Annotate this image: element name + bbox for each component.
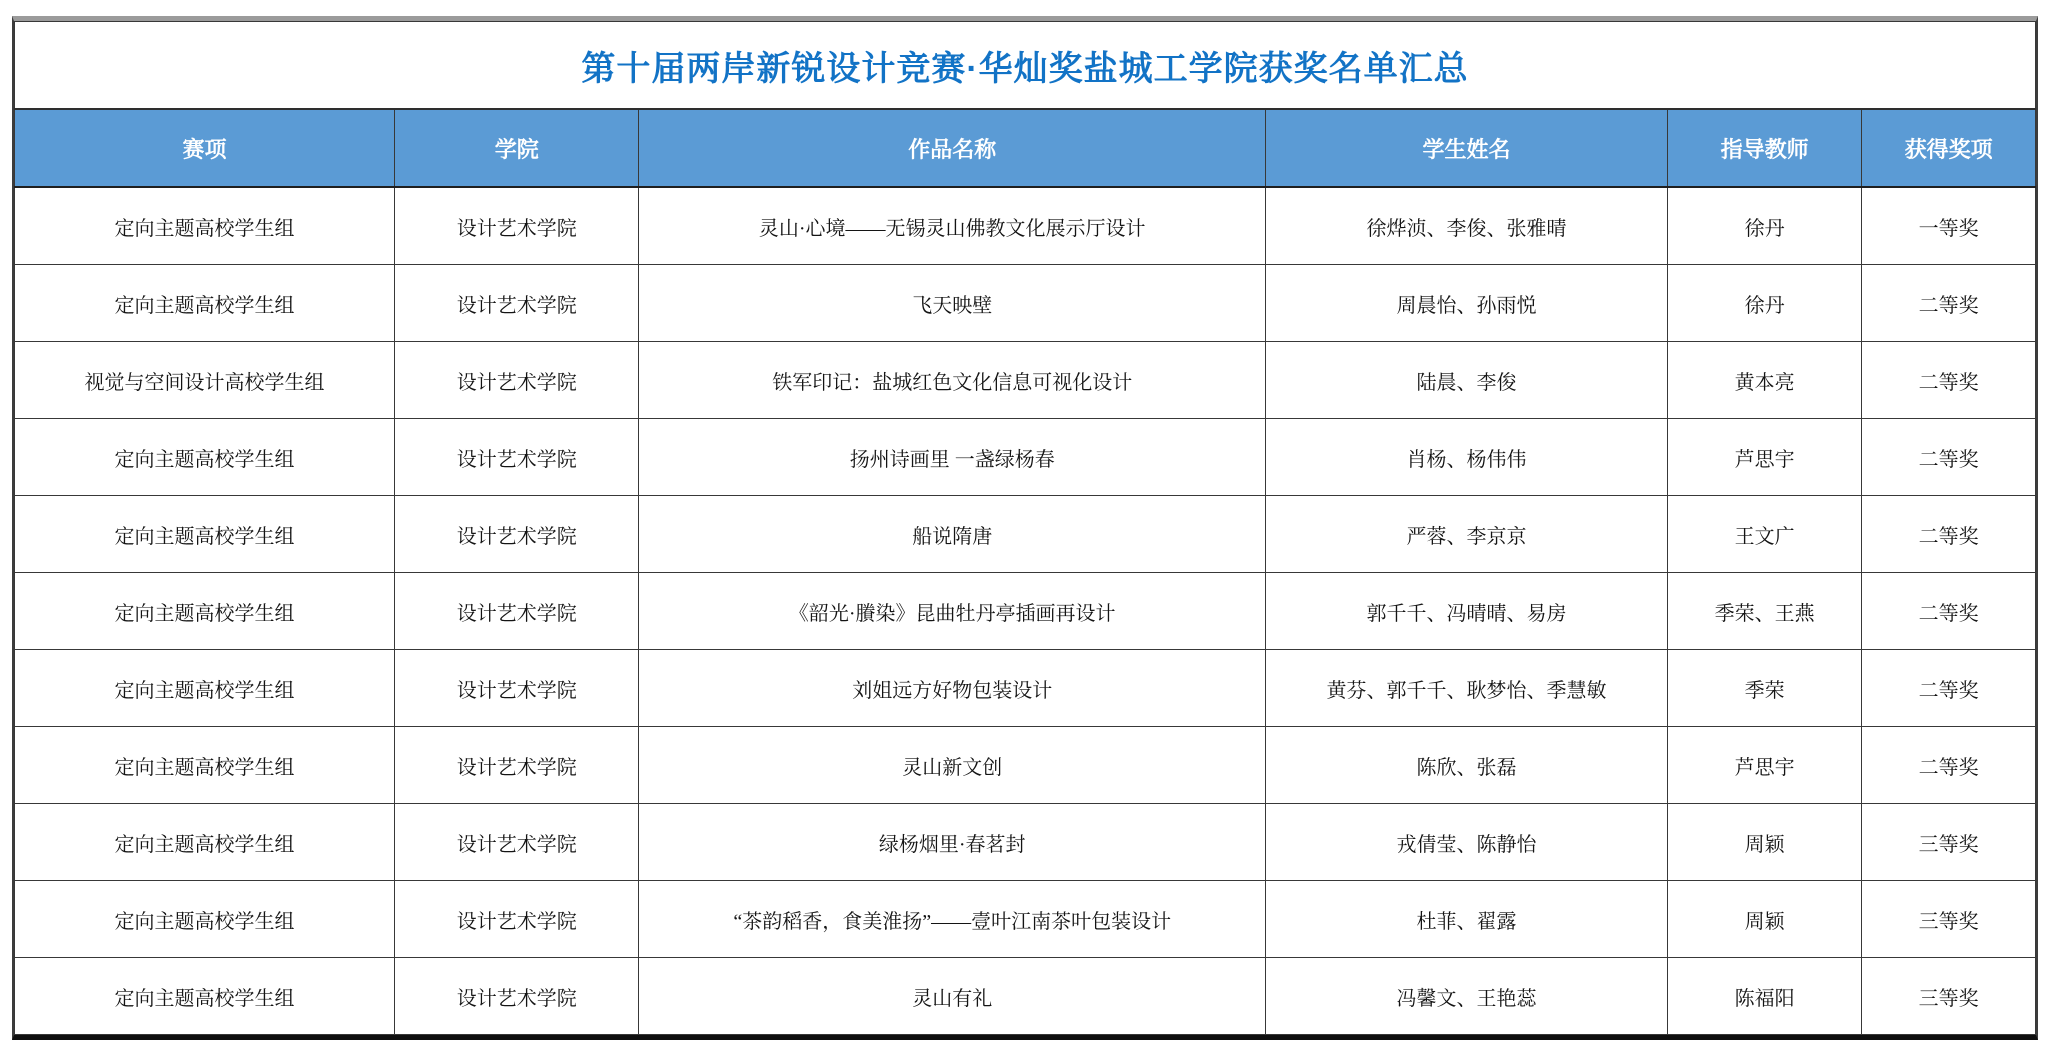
table-row: 定向主题高校学生组 设计艺术学院 灵山·心境——无锡灵山佛教文化展示厅设计 徐烨… xyxy=(15,187,2036,265)
awards-table-container: 第十届两岸新锐设计竞赛·华灿奖盐城工学院获奖名单汇总 赛项 学院 作品名称 学生… xyxy=(12,16,2038,1040)
table-row: 定向主题高校学生组 设计艺术学院 飞天映壁 周晨怡、孙雨悦 徐丹 二等奖 xyxy=(15,265,2036,342)
cell-students: 周晨怡、孙雨悦 xyxy=(1265,265,1667,342)
cell-award: 三等奖 xyxy=(1862,958,2036,1035)
cell-advisor: 季荣、王燕 xyxy=(1668,573,1862,650)
cell-college: 设计艺术学院 xyxy=(394,496,639,573)
cell-advisor: 王文广 xyxy=(1668,496,1862,573)
cell-category: 定向主题高校学生组 xyxy=(15,187,395,265)
cell-college: 设计艺术学院 xyxy=(394,727,639,804)
cell-advisor: 芦思宇 xyxy=(1668,727,1862,804)
title-row: 第十届两岸新锐设计竞赛·华灿奖盐城工学院获奖名单汇总 xyxy=(15,22,2036,110)
cell-advisor: 季荣 xyxy=(1668,650,1862,727)
column-header-award: 获得奖项 xyxy=(1862,109,2036,187)
cell-college: 设计艺术学院 xyxy=(394,881,639,958)
page: 第十届两岸新锐设计竞赛·华灿奖盐城工学院获奖名单汇总 赛项 学院 作品名称 学生… xyxy=(0,0,2048,1049)
cell-students: 戎倩莹、陈静怡 xyxy=(1265,804,1667,881)
cell-work: 绿杨烟里·春茗封 xyxy=(639,804,1266,881)
awards-table: 第十届两岸新锐设计竞赛·华灿奖盐城工学院获奖名单汇总 赛项 学院 作品名称 学生… xyxy=(14,21,2036,1035)
cell-work: 铁军印记：盐城红色文化信息可视化设计 xyxy=(639,342,1266,419)
cell-category: 定向主题高校学生组 xyxy=(15,265,395,342)
cell-college: 设计艺术学院 xyxy=(394,187,639,265)
cell-college: 设计艺术学院 xyxy=(394,265,639,342)
cell-advisor: 芦思宇 xyxy=(1668,419,1862,496)
table-row: 定向主题高校学生组 设计艺术学院 《韶光·賸染》昆曲牡丹亭插画再设计 郭千千、冯… xyxy=(15,573,2036,650)
cell-advisor: 周颖 xyxy=(1668,881,1862,958)
table-row: 定向主题高校学生组 设计艺术学院 灵山新文创 陈欣、张磊 芦思宇 二等奖 xyxy=(15,727,2036,804)
cell-award: 三等奖 xyxy=(1862,804,2036,881)
cell-college: 设计艺术学院 xyxy=(394,958,639,1035)
cell-category: 定向主题高校学生组 xyxy=(15,419,395,496)
cell-college: 设计艺术学院 xyxy=(394,804,639,881)
cell-award: 二等奖 xyxy=(1862,419,2036,496)
cell-work: 刘姐远方好物包装设计 xyxy=(639,650,1266,727)
cell-award: 二等奖 xyxy=(1862,342,2036,419)
cell-students: 陈欣、张磊 xyxy=(1265,727,1667,804)
cell-category: 视觉与空间设计高校学生组 xyxy=(15,342,395,419)
cell-students: 杜菲、翟露 xyxy=(1265,881,1667,958)
cell-award: 一等奖 xyxy=(1862,187,2036,265)
table-row: 定向主题高校学生组 设计艺术学院 刘姐远方好物包装设计 黄芬、郭千千、耿梦怡、季… xyxy=(15,650,2036,727)
column-header-work: 作品名称 xyxy=(639,109,1266,187)
cell-work: 扬州诗画里 一盏绿杨春 xyxy=(639,419,1266,496)
cell-work: “茶韵稻香，食美淮扬”——壹叶江南茶叶包装设计 xyxy=(639,881,1266,958)
column-header-college: 学院 xyxy=(394,109,639,187)
cell-college: 设计艺术学院 xyxy=(394,650,639,727)
cell-award: 二等奖 xyxy=(1862,650,2036,727)
cell-students: 冯馨文、王艳蕊 xyxy=(1265,958,1667,1035)
cell-advisor: 陈福阳 xyxy=(1668,958,1862,1035)
cell-advisor: 黄本亮 xyxy=(1668,342,1862,419)
cell-advisor: 徐丹 xyxy=(1668,265,1862,342)
cell-category: 定向主题高校学生组 xyxy=(15,573,395,650)
cell-students: 严蓉、李京京 xyxy=(1265,496,1667,573)
cell-category: 定向主题高校学生组 xyxy=(15,727,395,804)
cell-award: 二等奖 xyxy=(1862,727,2036,804)
cell-work: 《韶光·賸染》昆曲牡丹亭插画再设计 xyxy=(639,573,1266,650)
cell-category: 定向主题高校学生组 xyxy=(15,650,395,727)
cell-award: 二等奖 xyxy=(1862,496,2036,573)
cell-college: 设计艺术学院 xyxy=(394,419,639,496)
cell-work: 灵山有礼 xyxy=(639,958,1266,1035)
cell-award: 二等奖 xyxy=(1862,265,2036,342)
column-header-advisor: 指导教师 xyxy=(1668,109,1862,187)
cell-students: 陆晨、李俊 xyxy=(1265,342,1667,419)
table-row: 定向主题高校学生组 设计艺术学院 绿杨烟里·春茗封 戎倩莹、陈静怡 周颖 三等奖 xyxy=(15,804,2036,881)
column-header-students: 学生姓名 xyxy=(1265,109,1667,187)
table-row: 视觉与空间设计高校学生组 设计艺术学院 铁军印记：盐城红色文化信息可视化设计 陆… xyxy=(15,342,2036,419)
cell-category: 定向主题高校学生组 xyxy=(15,881,395,958)
cell-students: 黄芬、郭千千、耿梦怡、季慧敏 xyxy=(1265,650,1667,727)
cell-award: 二等奖 xyxy=(1862,573,2036,650)
cell-category: 定向主题高校学生组 xyxy=(15,958,395,1035)
cell-students: 郭千千、冯晴晴、易房 xyxy=(1265,573,1667,650)
cell-award: 三等奖 xyxy=(1862,881,2036,958)
cell-work: 灵山·心境——无锡灵山佛教文化展示厅设计 xyxy=(639,187,1266,265)
column-header-category: 赛项 xyxy=(15,109,395,187)
table-row: 定向主题高校学生组 设计艺术学院 扬州诗画里 一盏绿杨春 肖杨、杨伟伟 芦思宇 … xyxy=(15,419,2036,496)
cell-category: 定向主题高校学生组 xyxy=(15,804,395,881)
cell-work: 灵山新文创 xyxy=(639,727,1266,804)
cell-advisor: 周颖 xyxy=(1668,804,1862,881)
cell-work: 船说隋唐 xyxy=(639,496,1266,573)
table-row: 定向主题高校学生组 设计艺术学院 “茶韵稻香，食美淮扬”——壹叶江南茶叶包装设计… xyxy=(15,881,2036,958)
cell-category: 定向主题高校学生组 xyxy=(15,496,395,573)
page-title: 第十届两岸新锐设计竞赛·华灿奖盐城工学院获奖名单汇总 xyxy=(15,22,2036,110)
cell-advisor: 徐丹 xyxy=(1668,187,1862,265)
cell-students: 肖杨、杨伟伟 xyxy=(1265,419,1667,496)
cell-college: 设计艺术学院 xyxy=(394,342,639,419)
table-row: 定向主题高校学生组 设计艺术学院 灵山有礼 冯馨文、王艳蕊 陈福阳 三等奖 xyxy=(15,958,2036,1035)
cell-college: 设计艺术学院 xyxy=(394,573,639,650)
table-body: 定向主题高校学生组 设计艺术学院 灵山·心境——无锡灵山佛教文化展示厅设计 徐烨… xyxy=(15,187,2036,1035)
table-row: 定向主题高校学生组 设计艺术学院 船说隋唐 严蓉、李京京 王文广 二等奖 xyxy=(15,496,2036,573)
cell-students: 徐烨浈、李俊、张雅晴 xyxy=(1265,187,1667,265)
header-row: 赛项 学院 作品名称 学生姓名 指导教师 获得奖项 xyxy=(15,109,2036,187)
cell-work: 飞天映壁 xyxy=(639,265,1266,342)
